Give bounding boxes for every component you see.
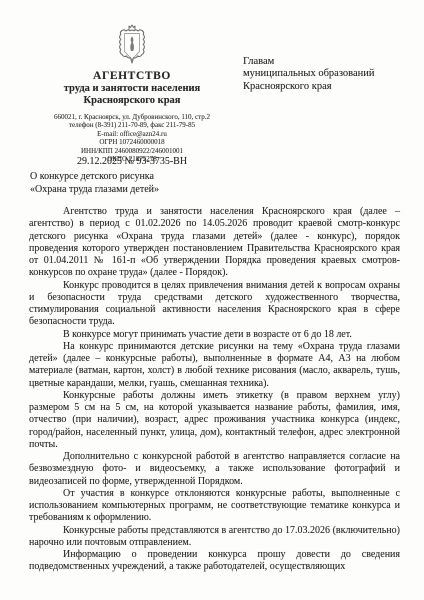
agency-ogrn-line: ОГРН 1072460000018 xyxy=(28,138,236,146)
agency-inn-kpp-line: ИНН/КПП 2460080922/246001001 xyxy=(28,147,236,155)
body-paragraph: Информацию о проведении конкурса прошу д… xyxy=(29,549,400,574)
letter-body: Агентство труда и занятости населения Кр… xyxy=(29,206,400,574)
recipient-line-1: Главам xyxy=(243,56,375,68)
recipient-line-3: Красноярского края xyxy=(243,81,375,93)
recipient-line-2: муниципальных образований xyxy=(243,68,375,80)
body-paragraph: Дополнительно с конкурсной работой в аге… xyxy=(29,451,400,488)
letter-subject-line-1: О конкурсе детского рисунка xyxy=(30,171,236,184)
letterhead-org-block: АГЕНТСТВО труда и занятости населения Кр… xyxy=(28,24,236,163)
agency-name-line-1: АГЕНТСТВО xyxy=(28,70,236,83)
krasnoyarsk-coat-of-arms-icon xyxy=(115,24,149,68)
agency-name-line-2: труда и занятости населения xyxy=(28,83,236,95)
agency-email-line: E-mail: office@azn24.ru xyxy=(28,130,236,138)
body-paragraph: В конкурсе могут принимать участие дети … xyxy=(29,329,400,341)
body-paragraph: Конкурсные работы представляются в агент… xyxy=(29,525,400,550)
body-paragraph: От участия в конкурсе отклоняются конкур… xyxy=(29,488,400,525)
letter-date-number: 29.12.2025 № 93-3735-ВН xyxy=(28,156,236,168)
reference-block: 29.12.2025 № 93-3735-ВН О конкурсе детск… xyxy=(28,156,236,196)
body-paragraph: Конкурсные работы должны иметь этикетку … xyxy=(29,390,400,451)
agency-name-line-3: Красноярского края xyxy=(28,95,236,107)
letter-page: АГЕНТСТВО труда и занятости населения Кр… xyxy=(0,0,424,600)
agency-phone-line: телефон (8-391) 211-70-89, факс 211-79-8… xyxy=(28,121,236,129)
letter-subject-line-2: «Охрана труда глазами детей» xyxy=(30,184,236,197)
body-paragraph: Конкурс проводится в целях привлечения в… xyxy=(29,280,400,329)
body-paragraph: На конкурс принимаются детские рисунки н… xyxy=(29,341,400,390)
body-paragraph: Агентство труда и занятости населения Кр… xyxy=(29,206,400,280)
recipient-block: Главам муниципальных образований Красноя… xyxy=(243,56,375,93)
agency-address-line: 660021, г. Красноярск, ул. Дубровинского… xyxy=(28,113,236,121)
